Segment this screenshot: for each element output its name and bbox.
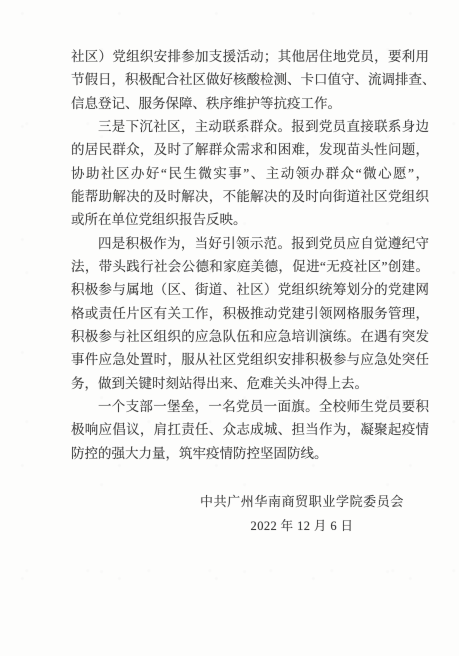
text-line: 或所在单位党组织报告反映。 xyxy=(71,208,429,231)
scanned-document-page: 社区）党组织安排参加支援活动；其他居住地党员，要利用节假日，积极配合社区做好核酸… xyxy=(0,0,459,656)
text-line: 三是下沉社区，主动联系群众。报到党员直接联系身边 xyxy=(71,115,429,138)
text-line: 法，带头践行社会公德和家庭美德，促进“无疫社区”创建。 xyxy=(71,255,429,278)
text-line: 防控的强大力量，筑牢疫情防控坚固防线。 xyxy=(71,442,429,465)
signature-date: 2022 年 12 月 6 日 xyxy=(200,514,404,539)
text-line: 社区）党组织安排参加支援活动；其他居住地党员，要利用 xyxy=(71,45,429,68)
text-line: 格或责任片区有关工作，积极推动党建引领网格服务管理， xyxy=(71,302,429,325)
text-line: 能帮助解决的及时解决，不能解决的及时向街道社区党组织 xyxy=(71,185,429,208)
document-body-text: 社区）党组织安排参加支援活动；其他居住地党员，要利用节假日，积极配合社区做好核酸… xyxy=(71,45,429,465)
text-line: 节假日，积极配合社区做好核酸检测、卡口值守、流调排查、 xyxy=(71,68,429,91)
text-line: 四是积极作为，当好引领示范。报到党员应自觉遵纪守 xyxy=(71,232,429,255)
signature-organization: 中共广州华南商贸职业学院委员会 xyxy=(200,490,404,514)
text-line: 信息登记、服务保障、秩序维护等抗疫工作。 xyxy=(71,92,429,115)
text-line: 积极参与属地（区、街道、社区）党组织统筹划分的党建网 xyxy=(71,278,429,301)
text-line: 极响应倡议，肩扛责任、众志成城、担当作为，凝聚起疫情 xyxy=(71,418,429,441)
text-line: 的居民群众，及时了解群众需求和困难，发现苗头性问题， xyxy=(71,138,429,161)
text-line: 务，做到关键时刻站得出来、危难关头冲得上去。 xyxy=(71,372,429,395)
text-line: 事件应急处置时，服从社区党组织安排积极参与应急处突任 xyxy=(71,348,429,371)
text-line: 协助社区办好“民生微实事”、主动领办群众“微心愿”， xyxy=(71,162,429,185)
text-line: 一个支部一堡垒，一名党员一面旗。全校师生党员要积 xyxy=(71,395,429,418)
signature-block: 中共广州华南商贸职业学院委员会 2022 年 12 月 6 日 xyxy=(200,490,404,539)
text-line: 积极参与社区组织的应急队伍和应急培训演练。在遇有突发 xyxy=(71,325,429,348)
